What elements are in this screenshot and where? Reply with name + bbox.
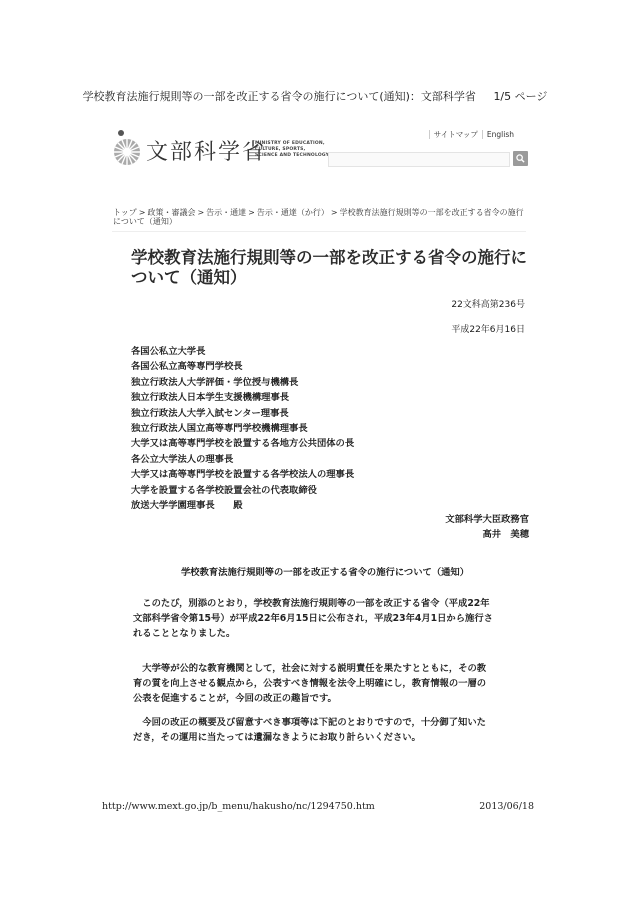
addressee: 放送大学学園理事長 殿 bbox=[131, 498, 354, 513]
page-title: 学校教育法施行規則等の一部を改正する省令の施行について（通知） bbox=[131, 248, 531, 288]
print-footer-url: http://www.mext.go.jp/b_menu/hakusho/nc/… bbox=[102, 801, 375, 812]
print-header: 学校教育法施行規則等の一部を改正する省令の施行について(通知)：文部科学省 1/… bbox=[0, 88, 630, 104]
sender-name: 高井 美穂 bbox=[445, 527, 529, 542]
utility-links: サイトマップEnglish bbox=[429, 129, 518, 140]
magnifier-icon bbox=[516, 154, 525, 163]
breadcrumb-policy[interactable]: 政策・審議会 bbox=[147, 208, 195, 217]
addressee: 大学又は高等専門学校を設置する各地方公共団体の長 bbox=[131, 436, 354, 451]
breadcrumb: トップ>政策・審議会>告示・通達>告示・通達（か行）>学校教育法施行規則等の一部… bbox=[113, 208, 525, 226]
body-paragraph: このたび，別添のとおり，学校教育法施行規則等の一部を改正する省令（平成22年文部… bbox=[133, 596, 493, 641]
sender-block: 文部科学大臣政務官 高井 美穂 bbox=[445, 512, 529, 542]
english-link[interactable]: English bbox=[482, 130, 518, 139]
document-subtitle: 学校教育法施行規則等の一部を改正する省令の施行について（通知） bbox=[0, 564, 630, 578]
body-paragraph: 今回の改正の概要及び留意すべき事項等は下記のとおりですので，十分御了知いただき，… bbox=[133, 715, 493, 745]
addressee: 独立行政法人日本学生支援機構理事長 bbox=[131, 390, 354, 405]
breadcrumb-notices-ka[interactable]: 告示・通達（か行） bbox=[257, 208, 329, 217]
breadcrumb-separator: > bbox=[197, 208, 204, 217]
ministry-emblem-icon[interactable] bbox=[108, 129, 146, 167]
divider bbox=[112, 231, 526, 232]
breadcrumb-top[interactable]: トップ bbox=[113, 208, 137, 217]
addressee: 各国公私立大学長 bbox=[131, 344, 354, 359]
search-button[interactable] bbox=[513, 151, 528, 166]
addressee: 大学又は高等専門学校を設置する各学校法人の理事長 bbox=[131, 467, 354, 482]
document-number: 22文科高第236号 bbox=[451, 297, 525, 310]
print-header-title: 学校教育法施行規則等の一部を改正する省令の施行について(通知)：文部科学省 bbox=[83, 90, 476, 103]
body-paragraph: 大学等が公的な教育機関として，社会に対する説明責任を果たすとともに，その教育の質… bbox=[133, 661, 493, 706]
breadcrumb-notices[interactable]: 告示・通達 bbox=[206, 208, 246, 217]
site-header: 文部科学省 MINISTRY OF EDUCATION, CULTURE, SP… bbox=[108, 125, 528, 175]
addressee: 各国公私立高等専門学校長 bbox=[131, 359, 354, 374]
addressee: 独立行政法人国立高等専門学校機構理事長 bbox=[131, 421, 354, 436]
document-date: 平成22年6月16日 bbox=[451, 322, 525, 335]
print-footer-date: 2013/06/18 bbox=[479, 801, 534, 812]
addressee: 独立行政法人大学入試センター理事長 bbox=[131, 406, 354, 421]
addressee-list: 各国公私立大学長 各国公私立高等専門学校長 独立行政法人大学評価・学位授与機構長… bbox=[131, 344, 354, 513]
addressee: 大学を設置する各学校設置会社の代表取締役 bbox=[131, 483, 354, 498]
page-number: 1/5 ページ bbox=[493, 90, 547, 103]
addressee: 各公立大学法人の理事長 bbox=[131, 452, 354, 467]
breadcrumb-separator: > bbox=[139, 208, 146, 217]
sender-title: 文部科学大臣政務官 bbox=[445, 512, 529, 527]
logo-text[interactable]: 文部科学省 bbox=[146, 135, 266, 166]
search-input[interactable] bbox=[328, 152, 510, 167]
sitemap-link[interactable]: サイトマップ bbox=[429, 130, 482, 139]
addressee: 独立行政法人大学評価・学位授与機構長 bbox=[131, 375, 354, 390]
breadcrumb-separator: > bbox=[248, 208, 255, 217]
breadcrumb-separator: > bbox=[331, 208, 338, 217]
